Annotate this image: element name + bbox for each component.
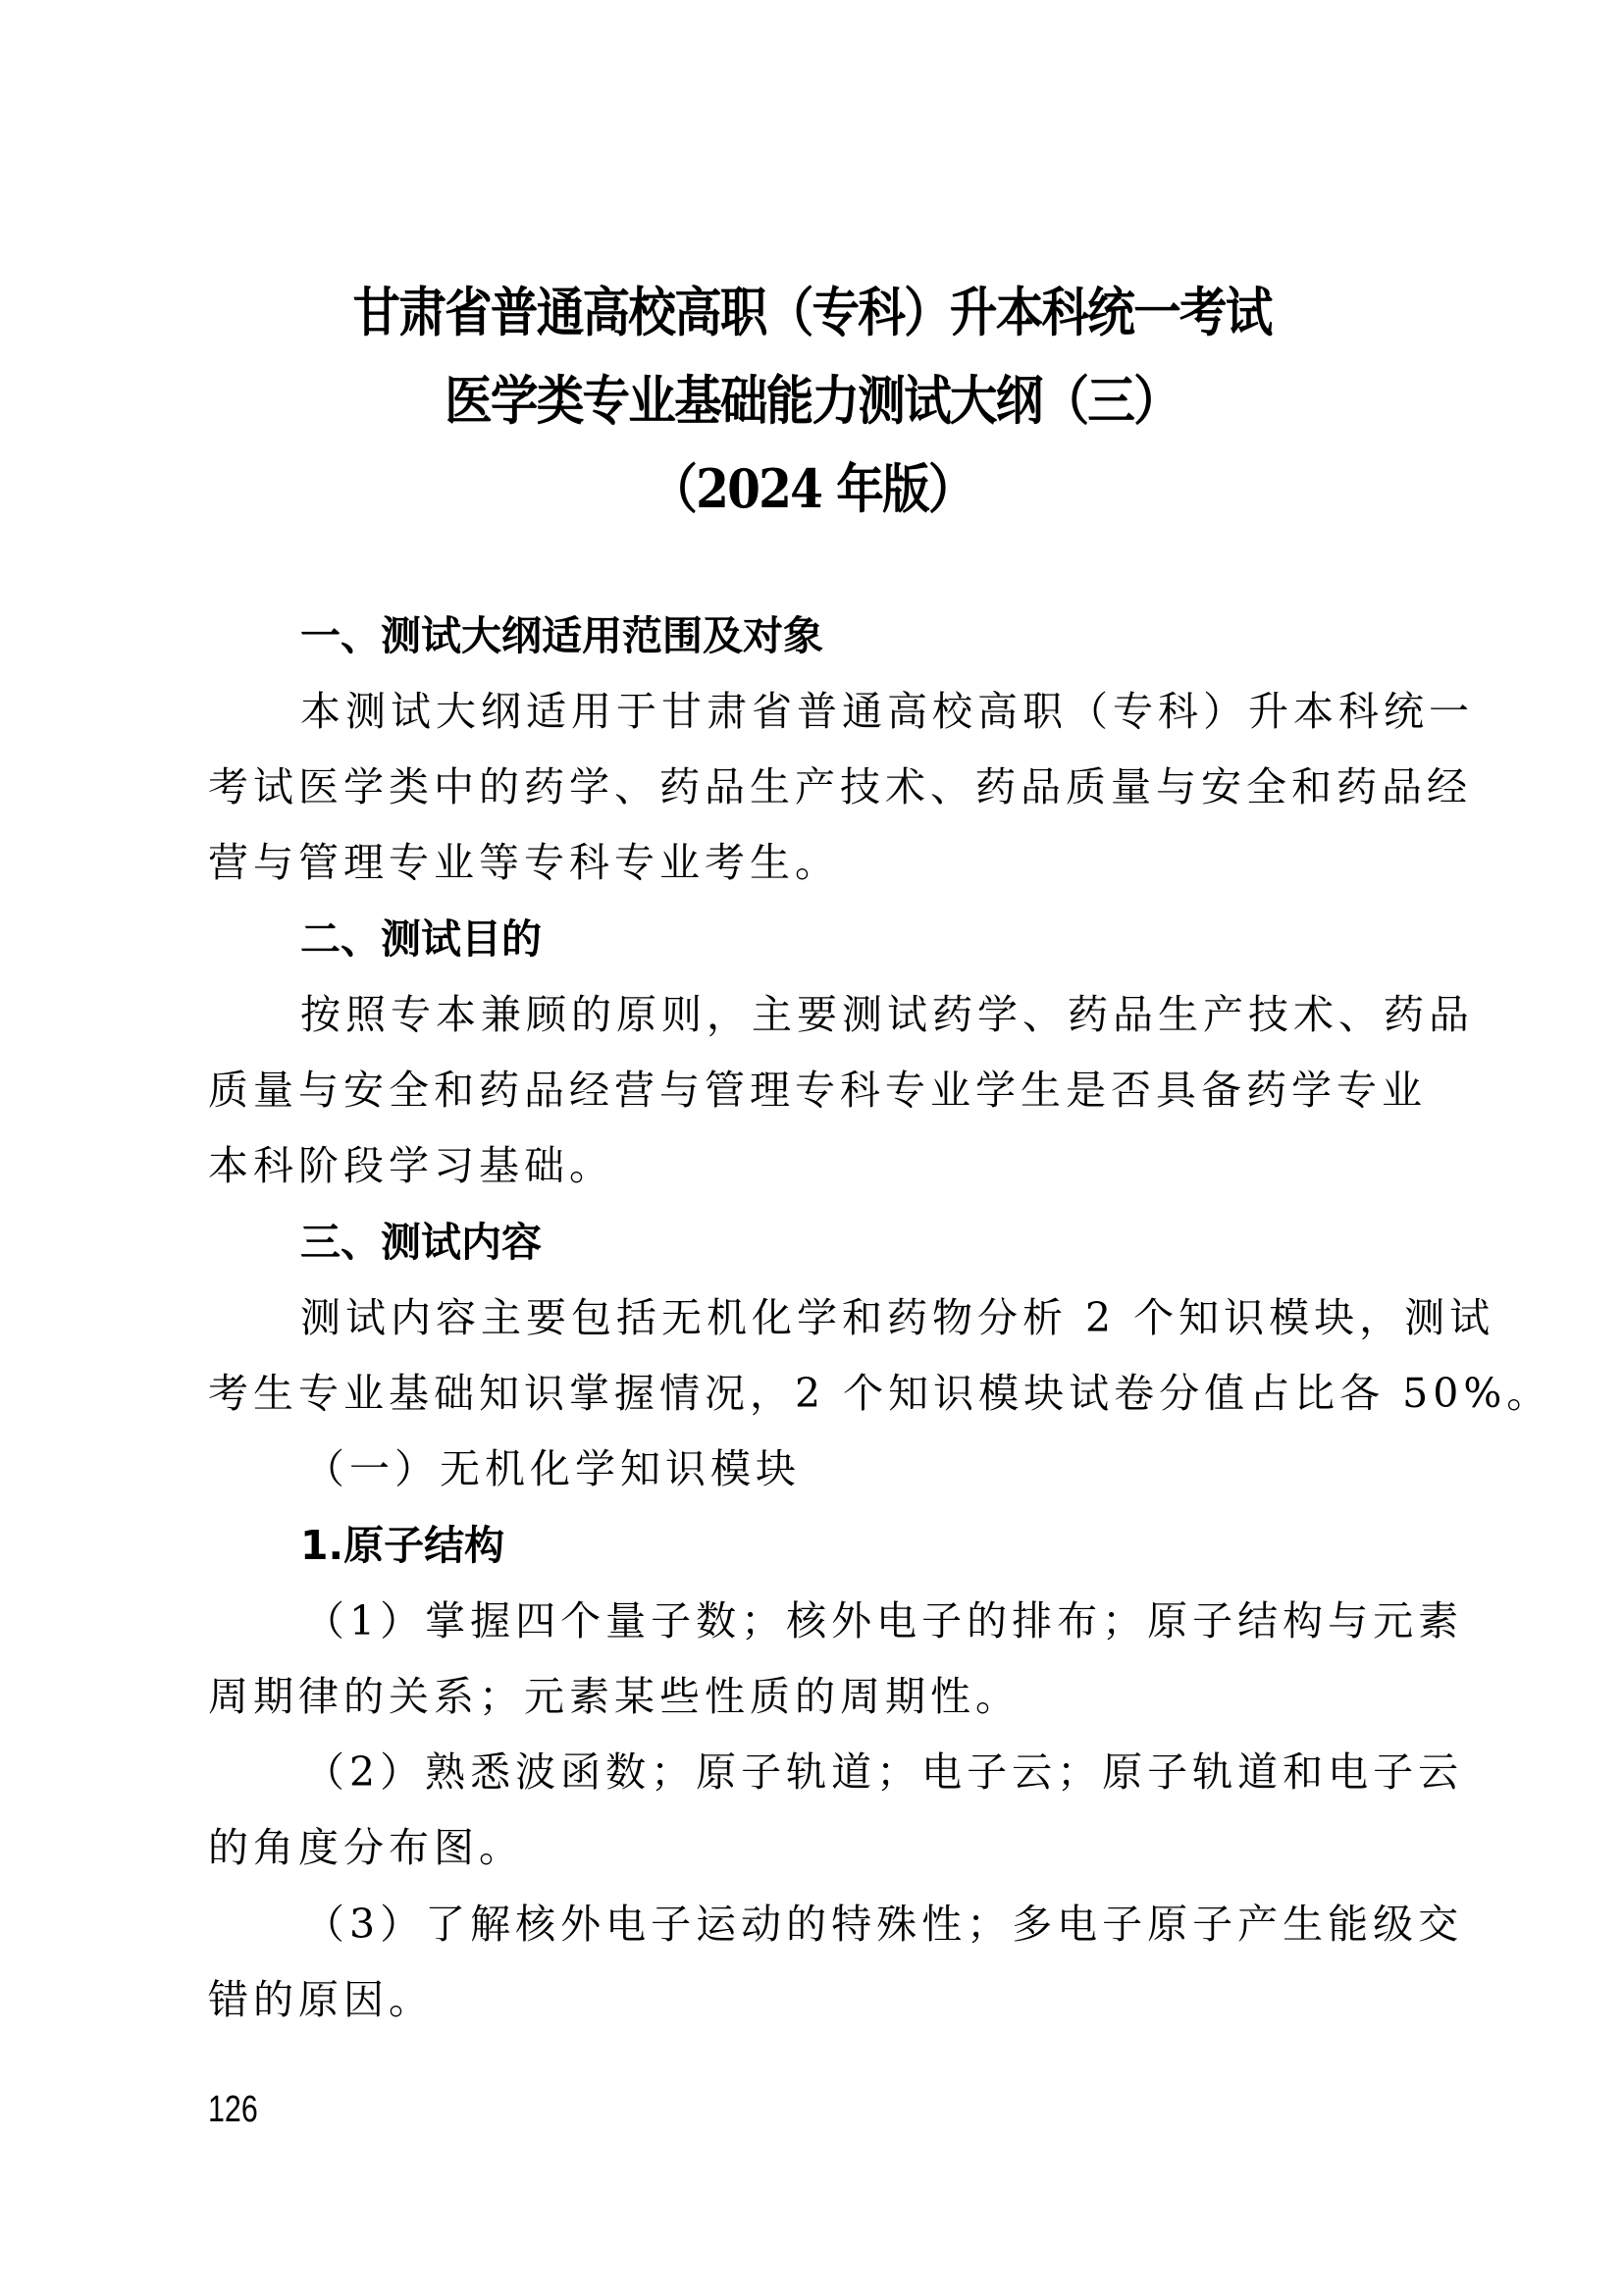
paragraph-line: 考试医学类中的药学、药品生产技术、药品质量与安全和药品经 <box>208 757 1472 816</box>
document-title-line-1: 甘肃省普通高校高职（专科）升本科统一考试 <box>81 278 1544 346</box>
item-line: 的角度分布图。 <box>208 1818 524 1877</box>
topic-heading: 1.原子结构 <box>300 1516 504 1575</box>
paragraph-line: 本测试大纲适用于甘肃省普通高校高职（专科）升本科统一 <box>300 682 1474 741</box>
paragraph-line: 测试内容主要包括无机化学和药物分析 2 个知识模块，测试 <box>300 1288 1494 1347</box>
subsection-heading: （一）无机化学知识模块 <box>304 1439 801 1498</box>
page-number: 126 <box>208 2085 258 2134</box>
section-heading-content: 三、测试内容 <box>300 1213 542 1272</box>
paragraph-line: 质量与安全和药品经营与管理专科专业学生是否具备药学专业 <box>208 1061 1427 1120</box>
paragraph-line: 考生专业基础知识掌握情况，2 个知识模块试卷分值占比各 50%。 <box>208 1364 1551 1423</box>
item-line: （1）掌握四个量子数；核外电子的排布；原子结构与元素 <box>304 1591 1463 1650</box>
paragraph-line: 按照专本兼顾的原则，主要测试药学、药品生产技术、药品 <box>300 985 1474 1044</box>
item-line: （2）熟悉波函数；原子轨道；电子云；原子轨道和电子云 <box>304 1743 1463 1801</box>
paragraph-line: 营与管理专业等专科专业考生。 <box>208 833 840 892</box>
document-title-line-2: 医学类专业基础能力测试大纲（三） <box>81 366 1544 435</box>
item-line: （3）了解核外电子运动的特殊性；多电子原子产生能级交 <box>304 1895 1463 1954</box>
paragraph-line: 本科阶段学习基础。 <box>208 1136 614 1195</box>
item-line: 周期律的关系；元素某些性质的周期性。 <box>208 1667 1021 1726</box>
document-title-line-3: （2024 年版） <box>81 454 1544 523</box>
section-heading-purpose: 二、测试目的 <box>300 910 542 968</box>
document-page: 甘肃省普通高校高职（专科）升本科统一考试 医学类专业基础能力测试大纲（三） （2… <box>0 0 1624 2295</box>
section-heading-scope: 一、测试大纲适用范围及对象 <box>300 606 823 665</box>
item-line: 错的原因。 <box>208 1970 434 2029</box>
